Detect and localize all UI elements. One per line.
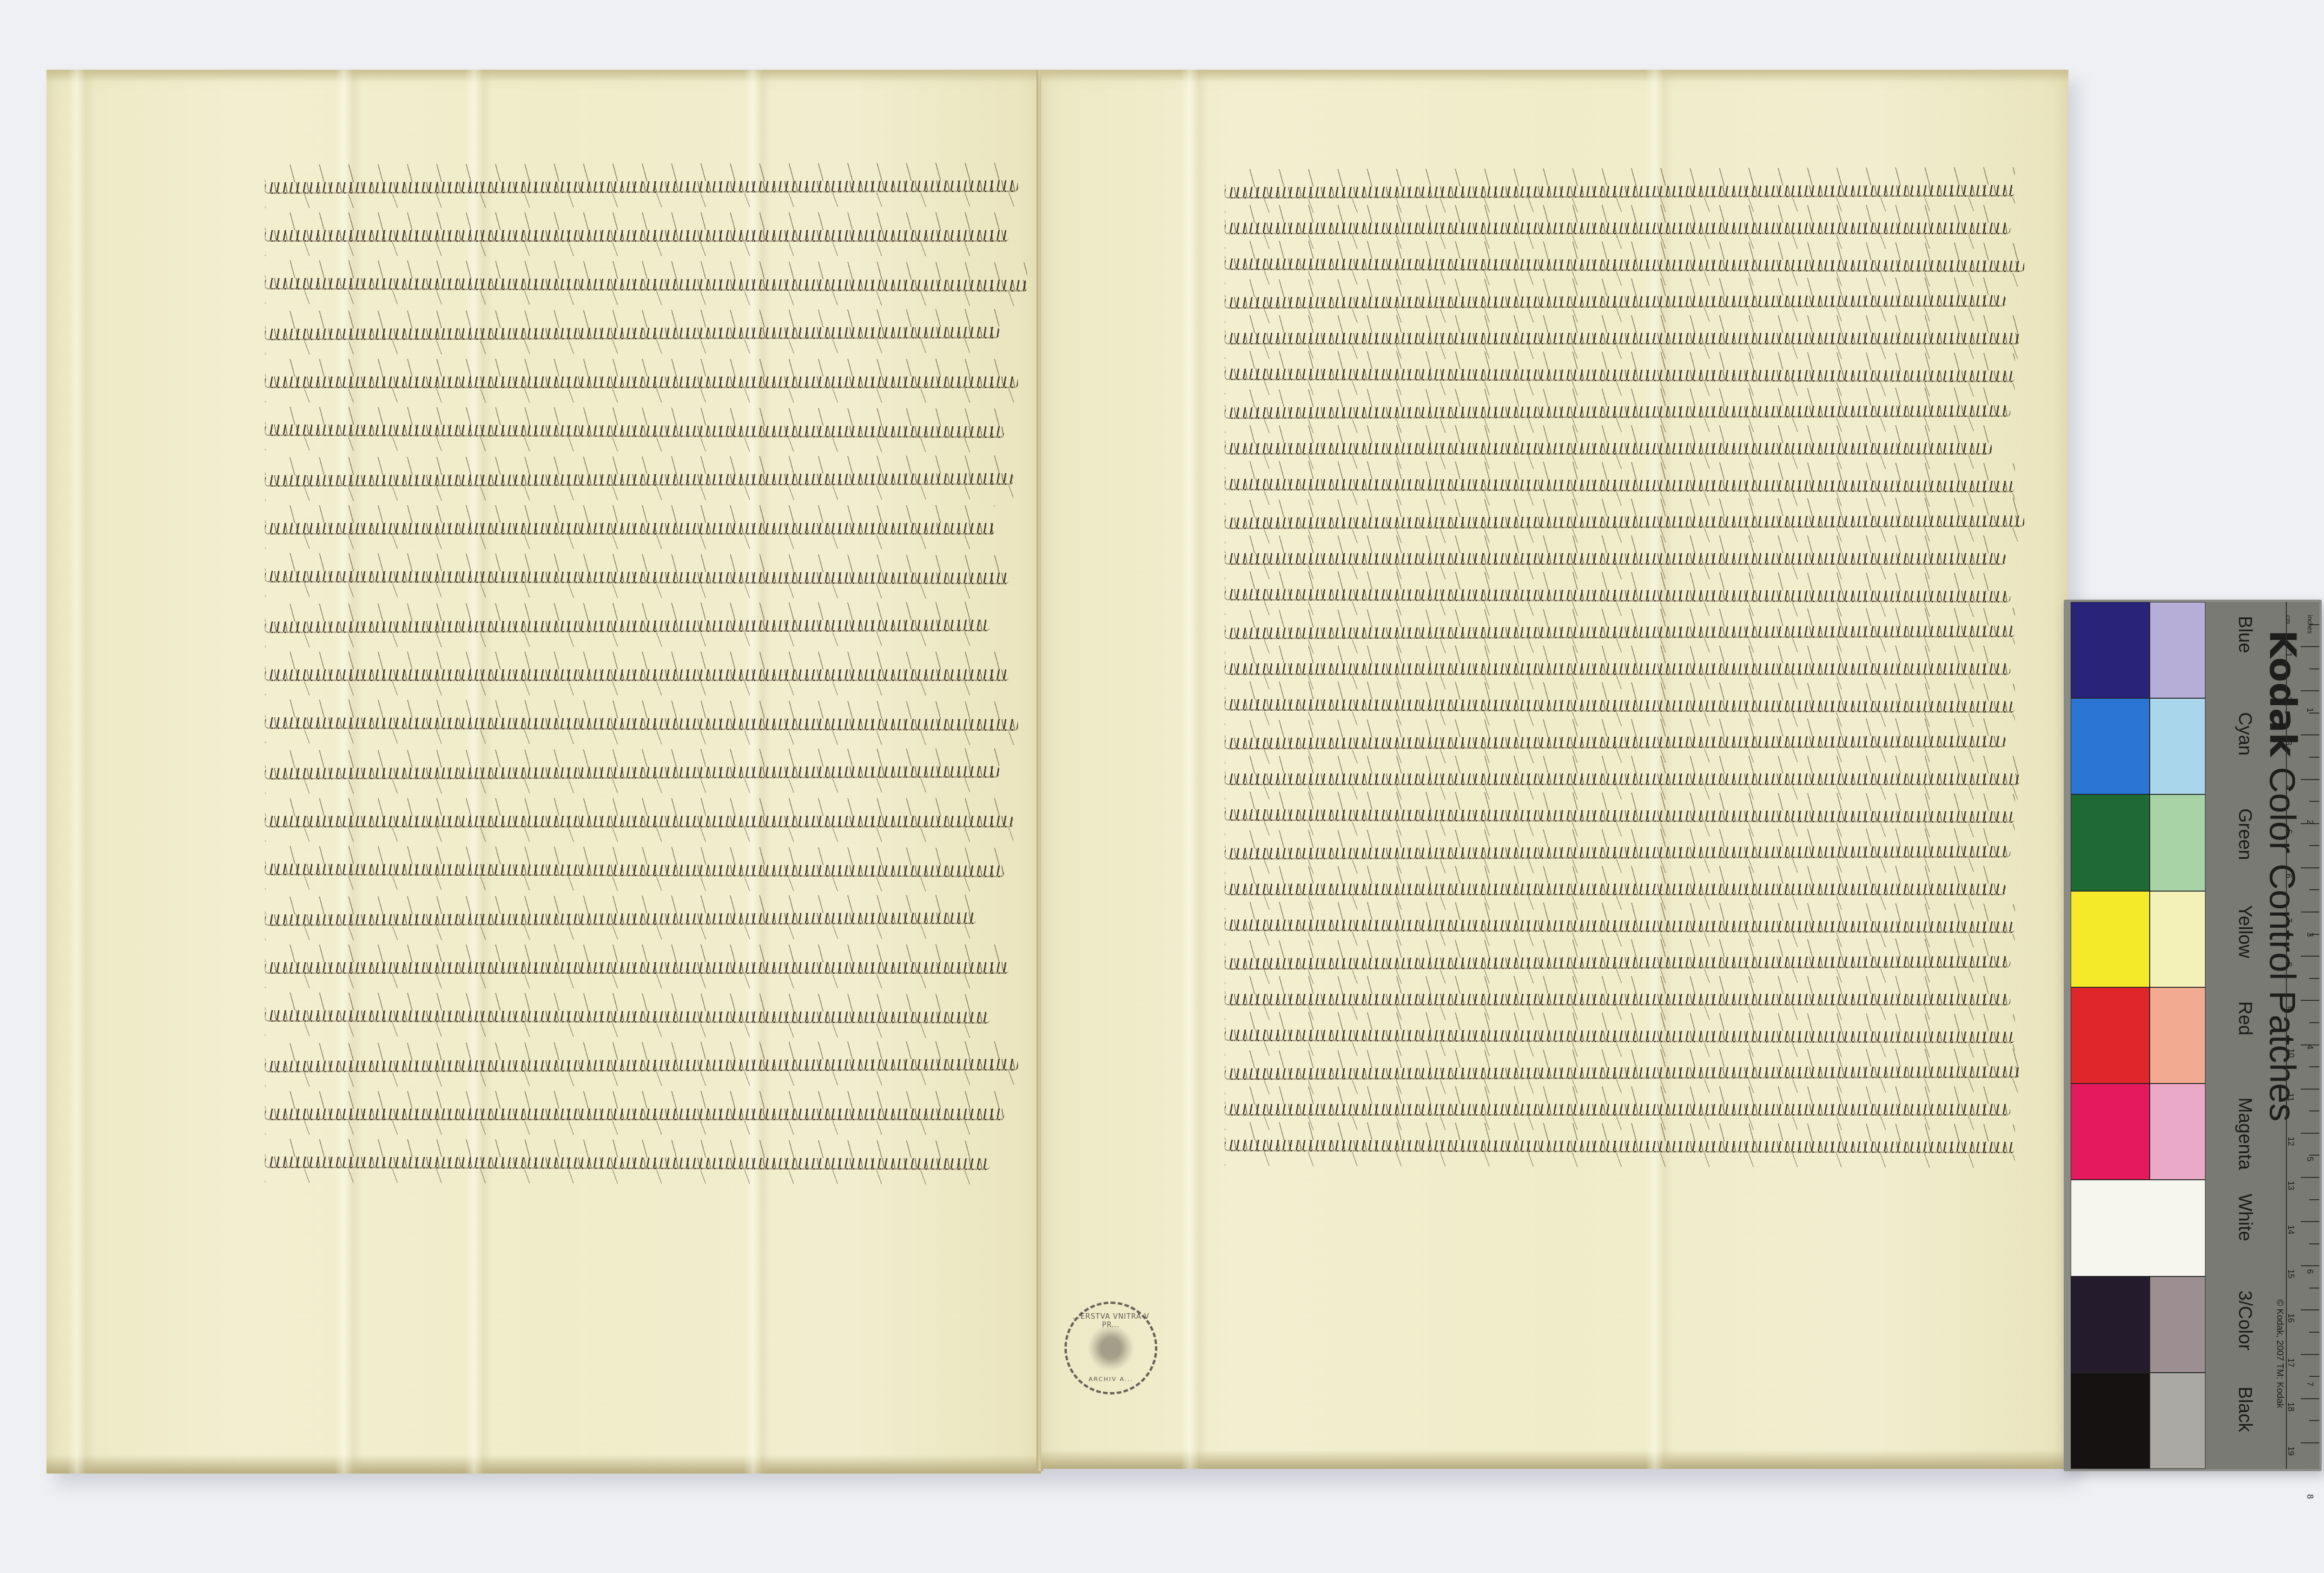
letter-descenders: [265, 583, 1009, 599]
ruler-tick-half: [2309, 1332, 2319, 1333]
letter-descenders: [265, 828, 1013, 842]
ruler-number-cm: 18: [2286, 1402, 2296, 1411]
patch-row-green: [2071, 794, 2205, 891]
handwritten-line: [265, 717, 1018, 731]
handwritten-line: [1225, 884, 2006, 895]
patch-row-white: [2071, 1180, 2205, 1276]
handwritten-line: [1225, 773, 2020, 785]
ruler-number-inch: 1: [2305, 707, 2315, 712]
handwritten-line: [1225, 699, 2015, 713]
letter-ascenders: [1225, 976, 2010, 994]
ruler-number-inch: 4: [2305, 1044, 2315, 1049]
color-patch-dark: [2071, 891, 2150, 987]
letter-ascenders: [1225, 866, 2006, 884]
handwritten-line: [1225, 443, 1992, 455]
ruler-tick-half: [2309, 1420, 2319, 1421]
letter-ascenders: [265, 260, 1027, 280]
ruler-tick-cm: [2301, 1177, 2319, 1178]
ruler-tick-half: [2309, 668, 2319, 669]
handwritten-line: [265, 278, 1027, 291]
handwritten-line: [265, 620, 990, 633]
color-patch-light: [2150, 1373, 2205, 1469]
ruler-number-cm: 3: [2284, 741, 2293, 746]
kodak-label-panel: Kodak Color Control Patches BlueCyanGree…: [2205, 602, 2319, 1469]
handwritten-line: [1225, 846, 2010, 859]
handwritten-line: [1225, 626, 2015, 639]
ruler-tick-cm: [2301, 779, 2319, 780]
letter-ascenders: [1225, 1012, 2015, 1031]
letter-descenders: [265, 389, 1018, 403]
kodak-color-control-strip: Kodak Color Control Patches BlueCyanGree…: [2064, 600, 2322, 1471]
handwritten-line: [1225, 663, 2010, 675]
patch-label: Blue: [2234, 616, 2255, 653]
ruler-tick-half: [2309, 1199, 2319, 1200]
patch-row-blue: [2071, 602, 2205, 698]
handwritten-line: [265, 424, 1004, 438]
letter-ascenders: [265, 359, 1018, 377]
letter-ascenders: [265, 602, 990, 621]
handwritten-line: [1225, 919, 2015, 933]
letter-ascenders: [1225, 498, 2024, 518]
patch-label: Yellow: [2234, 905, 2255, 958]
ruler-number-cm: 9: [2284, 1006, 2293, 1011]
letter-descenders: [265, 1121, 1004, 1135]
ruler-tick-half: [2309, 1110, 2319, 1111]
letter-ascenders: [265, 553, 1009, 573]
fold-crease: [1181, 70, 1208, 1469]
handwritten-line: [265, 180, 1018, 194]
ruler-tick-half: [2309, 889, 2319, 890]
ruler-tick-cm: [2301, 1265, 2319, 1266]
page-edge-bottom: [46, 1455, 1041, 1474]
ruler-number-cm: 12: [2286, 1137, 2296, 1146]
letter-descenders: [265, 925, 976, 940]
ruler-unit-cm: cm: [2284, 615, 2292, 624]
ruler-number-inch: 6: [2305, 1269, 2315, 1274]
letter-ascenders: [1225, 939, 2010, 958]
handwritten-line: [1225, 736, 2006, 749]
ruler-tick-half: [2309, 978, 2319, 979]
handwritten-line: [1225, 809, 2015, 823]
ruler-number-cm: 14: [2286, 1225, 2296, 1235]
ruler-tick-cm: [2301, 1354, 2319, 1355]
ruler-tick-half: [2309, 1066, 2319, 1067]
handwritten-line: [265, 962, 1009, 974]
ruler-number-cm: 8: [2284, 962, 2293, 967]
letter-ascenders: [265, 945, 1009, 962]
patch-label: Magenta: [2234, 1097, 2255, 1170]
ruler-number-cm: 16: [2286, 1314, 2296, 1323]
letter-ascenders: [1225, 828, 2010, 848]
ruler-tick-half: [2309, 624, 2319, 625]
letter-ascenders: [1225, 571, 2010, 591]
color-patch-dark: [2071, 1276, 2150, 1373]
letter-ascenders: [1225, 1049, 2020, 1068]
letter-ascenders: [265, 748, 999, 768]
ruler-tick-half: [2309, 1243, 2319, 1244]
letter-descenders: [265, 339, 999, 355]
ruler-number-inch: 2: [2305, 820, 2315, 825]
color-patch: [2071, 1180, 2205, 1276]
letter-ascenders: [1225, 1122, 2015, 1142]
letter-descenders: [265, 485, 1013, 501]
patch-row-black: [2071, 1373, 2205, 1469]
ruler-tick-cm: [2301, 1398, 2319, 1399]
handwritten-line: [1225, 1066, 2020, 1080]
ruler-number-cm: 13: [2286, 1181, 2296, 1190]
ruler-number-inch: 5: [2305, 1157, 2315, 1162]
patch-label: Black: [2234, 1387, 2255, 1432]
letter-descenders: [265, 535, 995, 549]
letter-descenders: [265, 290, 1027, 306]
handwritten-line: [1225, 295, 2006, 309]
letter-ascenders: [265, 700, 1018, 719]
ruler-number-cm: 11: [2285, 1093, 2295, 1102]
ruler-number-cm: 5: [2284, 829, 2293, 834]
letter-ascenders: [265, 992, 990, 1012]
letter-ascenders: [1225, 205, 2010, 223]
ruler-tick-cm: [2301, 1309, 2319, 1310]
patch-label: 3/Color: [2234, 1290, 2255, 1350]
letter-descenders: [265, 192, 1018, 208]
ruler-number-inch: 7: [2305, 1381, 2315, 1386]
archive-stamp: ...ERSTVA VNITRA V PR... ARCHIV A...: [1064, 1302, 1157, 1395]
ruler-tick-cm: [2301, 1133, 2319, 1134]
color-patch-dark: [2071, 987, 2150, 1084]
color-patch-light: [2150, 794, 2205, 891]
handwritten-line: [265, 230, 1009, 242]
letter-ascenders: [1225, 902, 2015, 921]
handwritten-line: [1225, 1140, 2015, 1153]
handwritten-line: [265, 571, 1009, 584]
handwritten-line: [1225, 369, 2015, 382]
manuscript-left-page: [46, 70, 1041, 1474]
ruler-tick-cm: [2301, 1221, 2319, 1222]
color-patch-dark: [2071, 698, 2150, 794]
letter-ascenders: [265, 309, 999, 329]
ruler-number-cm: 19: [2286, 1446, 2296, 1455]
letter-ascenders: [265, 505, 995, 523]
color-patch-light: [2150, 602, 2205, 698]
page-edge-top: [46, 70, 1041, 82]
letter-descenders: [265, 778, 999, 794]
handwritten-line: [1225, 185, 2015, 198]
letter-ascenders: [1225, 351, 2015, 370]
patch-label: White: [2234, 1194, 2255, 1241]
letter-ascenders: [265, 1091, 1004, 1109]
fold-crease: [67, 70, 95, 1474]
ruler-tick-cm: [2301, 956, 2319, 957]
letter-ascenders: [1225, 756, 2020, 773]
handwritten-line: [265, 377, 1018, 388]
ruler-tick-cm: [2301, 1000, 2319, 1001]
patch-label: Red: [2234, 1001, 2255, 1035]
ruler-number-cm: 17: [2286, 1358, 2296, 1367]
letter-ascenders: [1225, 315, 2020, 333]
ruler-number-cm: 10: [2286, 1048, 2296, 1057]
patch-row-magenta: [2071, 1084, 2205, 1180]
letter-descenders: [265, 1071, 1018, 1087]
color-patch-light: [2150, 891, 2205, 987]
letter-ascenders: [265, 163, 1018, 182]
handwritten-line: [1225, 1104, 2010, 1116]
ruler-tick-cm: [2301, 734, 2319, 735]
color-patch-light: [2150, 698, 2205, 794]
letter-ascenders: [265, 846, 1004, 866]
handwritten-line: [265, 912, 976, 926]
ruler-tick-half: [2309, 713, 2319, 714]
patch-row-cyan: [2071, 698, 2205, 794]
ruler-tick-cm: [2301, 912, 2319, 912]
letter-ascenders: [265, 895, 976, 914]
letter-ascenders: [265, 798, 1013, 816]
letter-ascenders: [265, 1041, 1018, 1061]
ruler-tick-half: [2309, 1022, 2319, 1023]
patch-label: Green: [2234, 808, 2255, 860]
handwritten-line: [1225, 589, 2010, 602]
ruler-tick-cm: [2301, 646, 2319, 647]
letter-ascenders: [265, 407, 1004, 426]
ruler-tick-cm: [2301, 1089, 2319, 1090]
handwritten-line: [265, 1157, 990, 1170]
handwritten-text-block: [1225, 186, 2029, 1302]
letter-ascenders: [1225, 718, 2006, 738]
letter-ascenders: [1225, 278, 2006, 297]
patch-row-red: [2071, 987, 2205, 1084]
ruler-number-inch: 8: [2305, 1494, 2315, 1499]
ruler-number-cm: 2: [2284, 697, 2293, 701]
ruler: cm inches 123456789101112131415161718191…: [2286, 602, 2319, 1469]
color-patch-dark: [2071, 1084, 2150, 1180]
letter-ascenders: [1225, 535, 2006, 553]
color-patch-light: [2150, 1084, 2205, 1180]
letter-ascenders: [1225, 792, 2015, 811]
handwritten-line: [265, 1059, 1018, 1072]
handwritten-line: [1225, 516, 2024, 529]
handwritten-line: [265, 669, 1009, 681]
patch-row-yellow: [2071, 891, 2205, 987]
ruler-number-cm: 15: [2286, 1269, 2296, 1279]
letter-descenders: [1225, 1152, 2015, 1168]
letter-ascenders: [1225, 167, 2015, 187]
kodak-copyright: © Kodak, 2007 TM: Kodak: [2274, 1299, 2285, 1408]
letter-descenders: [265, 876, 1004, 892]
handwritten-line: [265, 816, 1013, 827]
patch-label: Cyan: [2234, 712, 2255, 755]
letter-ascenders: [265, 212, 1009, 230]
letter-descenders: [265, 632, 990, 648]
ruler-number-cm: 7: [2284, 918, 2293, 923]
letter-ascenders: [1225, 608, 2015, 628]
ruler-number-inch: 3: [2305, 932, 2315, 937]
handwritten-line: [1225, 258, 2024, 272]
handwritten-line: [1225, 223, 2010, 234]
letter-descenders: [265, 974, 1009, 988]
ruler-tick-half: [2309, 757, 2319, 758]
letter-ascenders: [1225, 1086, 2010, 1104]
handwritten-line: [265, 1109, 1004, 1120]
color-patch-dark: [2071, 1373, 2150, 1469]
letter-ascenders: [265, 1139, 990, 1158]
ruler-tick-cm: [2301, 690, 2319, 691]
ruler-number-cm: 6: [2284, 873, 2293, 878]
letter-descenders: [265, 729, 1018, 745]
color-patch-dark: [2071, 602, 2150, 698]
handwritten-line: [265, 523, 995, 535]
letter-descenders: [265, 436, 1004, 452]
letter-ascenders: [1225, 388, 2010, 407]
color-patches: [2071, 602, 2205, 1469]
handwritten-line: [1225, 405, 2010, 419]
letter-ascenders: [1225, 646, 2010, 663]
color-patch-light: [2150, 1276, 2205, 1373]
manuscript-right-page: [1041, 70, 2068, 1469]
letter-ascenders: [265, 652, 1009, 669]
stamp-text-bottom: ARCHIV A...: [1071, 1376, 1150, 1383]
color-patch-dark: [2071, 794, 2150, 891]
ruler-tick-cm: [2301, 1442, 2319, 1443]
letter-descenders: [265, 681, 1009, 695]
letter-ascenders: [1225, 461, 2015, 481]
handwritten-line: [1225, 553, 2006, 565]
ruler-number-cm: 1: [2284, 653, 2293, 657]
ruler-tick-half: [2309, 1288, 2319, 1289]
stamp-emblem-icon: [1088, 1325, 1134, 1371]
handwritten-line: [1225, 1030, 2015, 1043]
handwritten-text-block: [265, 181, 1037, 1297]
ruler-tick-half: [2309, 1376, 2319, 1377]
handwritten-line: [1225, 994, 2010, 1005]
handwritten-line: [265, 864, 1004, 877]
ruler-number-cm: 4: [2284, 785, 2293, 790]
ruler-tick-half: [2309, 1155, 2319, 1156]
handwritten-line: [265, 473, 1013, 487]
letter-descenders: [265, 1169, 990, 1184]
handwritten-line: [265, 1010, 990, 1024]
letter-ascenders: [1225, 241, 2024, 261]
letter-ascenders: [1225, 425, 1992, 443]
patch-row-3-color: [2071, 1276, 2205, 1373]
handwritten-line: [265, 766, 999, 780]
ruler-tick-cm: [2301, 867, 2319, 868]
color-patch-light: [2150, 987, 2205, 1084]
letter-descenders: [265, 1022, 990, 1038]
handwritten-line: [1225, 956, 2010, 970]
letter-descenders: [265, 242, 1009, 256]
letter-ascenders: [1225, 681, 2015, 701]
ruler-tick-half: [2309, 801, 2319, 802]
handwritten-line: [1225, 479, 2015, 492]
letter-ascenders: [265, 456, 1013, 475]
handwritten-line: [265, 327, 999, 340]
ruler-tick-half: [2309, 845, 2319, 846]
handwritten-line: [1225, 333, 2020, 344]
